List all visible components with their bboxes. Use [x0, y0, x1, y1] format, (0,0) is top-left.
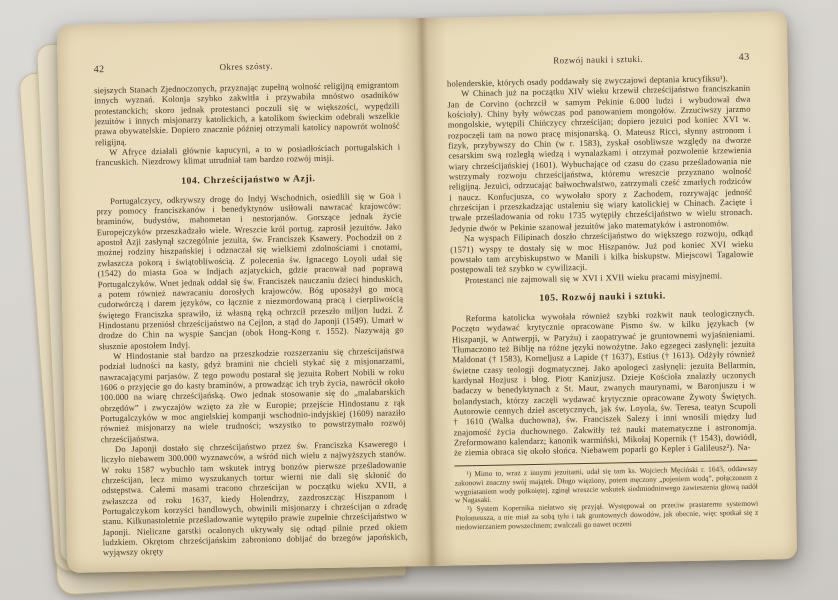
section-heading-105: 105. Rozwój nauki i sztuki.	[451, 289, 754, 306]
open-book-spread: 42 Okres szósty. siejszych Stanach Zjedn…	[57, 11, 797, 573]
left-page-content: 42 Okres szósty. siejszych Stanach Zjedn…	[94, 59, 408, 549]
right-running-title: Rozwój nauki i sztuki.	[488, 53, 707, 67]
left-page: 42 Okres szósty. siejszych Stanach Zjedn…	[57, 18, 432, 573]
left-running-head: 42 Okres szósty.	[94, 59, 399, 76]
right-page-content: Rozwój nauki i sztuki. 43 holenderskie, …	[447, 52, 759, 542]
paragraph: Reforma katolicka wywołała również szybk…	[451, 308, 757, 459]
right-page: Rozwój nauki i sztuki. 43 holenderskie, …	[422, 11, 797, 566]
footnotes-block: ¹) Mimo to, wraz z innymi jezuitami, uda…	[454, 459, 758, 532]
paragraph: W Hindostanie stał bardzo na przeszkodzi…	[99, 345, 406, 444]
left-body-text: siejszych Stanach Zjednoczonych, przyzna…	[94, 79, 408, 558]
left-page-number: 42	[94, 64, 136, 76]
paragraph: Portugalczycy, odkrywszy drogę do Indyj …	[96, 190, 404, 351]
spacer	[357, 67, 399, 68]
paragraph: Do Japonji dostało się chrześcijaństwo p…	[101, 438, 408, 558]
right-running-head: Rozwój nauki i sztuki. 43	[447, 52, 750, 69]
footnote-2: ²) System Kopernika niełatwo się przyjął…	[455, 500, 758, 533]
spacer	[447, 65, 489, 66]
right-body-text: holenderskie, których osady poddawały si…	[447, 73, 757, 458]
book: 42 Okres szósty. siejszych Stanach Zjedn…	[57, 11, 797, 573]
paragraph: W Afryce działali głównie kapucyni, a to…	[95, 142, 400, 169]
section-heading-104: 104. Chrześcijaństwo w Azji.	[96, 171, 401, 188]
paragraph: W Chinach już na początku XIV wieku krze…	[447, 83, 753, 234]
left-running-title: Okres szósty.	[136, 59, 357, 73]
right-page-number: 43	[707, 52, 749, 64]
paragraph: siejszych Stanach Zjednoczonych, przyzna…	[94, 79, 400, 147]
paragraph: Na wyspach Filipinach doszło chrześcijań…	[450, 228, 754, 275]
photo-of-open-book: 42 Okres szósty. siejszych Stanach Zjedn…	[0, 0, 838, 600]
